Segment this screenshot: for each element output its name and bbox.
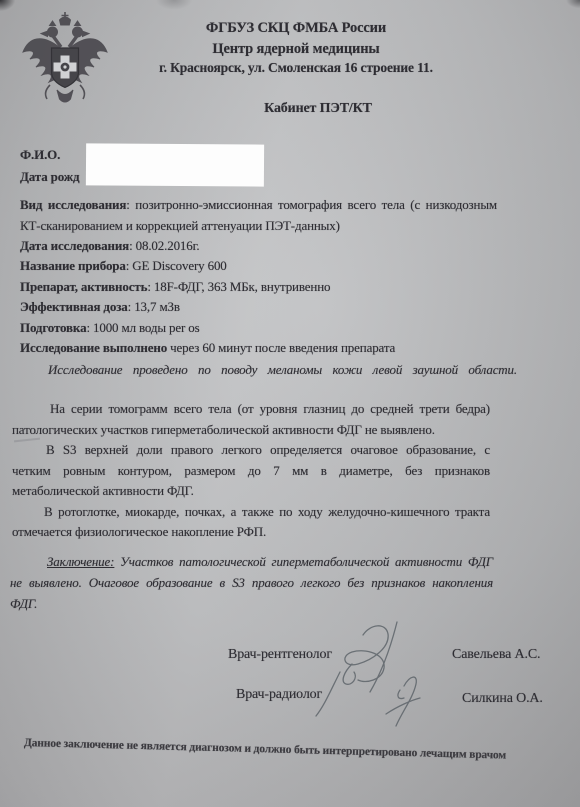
findings-line-2: патологических участков гиперметаболичес… [12, 422, 435, 438]
department-title: Кабинет ПЭТ/КТ [160, 101, 476, 117]
findings-line-4: четким ровным контуром, размером до 7 мм… [12, 463, 490, 479]
findings-line-3: В S3 верхней доли правого легкого опреде… [12, 442, 490, 458]
study-type-label: Вид исследования [20, 197, 126, 212]
done-value: через 60 минут после введения препарата [167, 340, 395, 355]
drug-value: : 18F-ФДГ, 363 МБк, внутривенно [147, 279, 330, 294]
findings-line-5: метаболической активности ФДГ. [12, 483, 194, 499]
study-reason: Исследование проведено по поводу меланом… [48, 362, 517, 378]
handwritten-signature-scribble [300, 620, 470, 740]
drug-line: Препарат, активность: 18F-ФДГ, 363 МБк, … [20, 279, 330, 295]
conclusion-line-2: не выявлено. Очаговое образование в S3 п… [10, 575, 493, 591]
patient-name-label: Ф.И.О. [20, 147, 60, 163]
patient-dob-label: Дата рожд [20, 169, 79, 185]
radiology-physician-name: Силкина О.А. [462, 691, 543, 707]
findings-line-1: На серии томограмм всего тела (от уровня… [12, 401, 490, 417]
dose-value: : 13,7 мЗв [128, 299, 180, 314]
study-date-line: Дата исследования: 08.02.2016г. [20, 238, 199, 254]
prep-value: : 1000 мл воды per os [86, 320, 199, 335]
findings-line-6: В ротоглотке, миокарде, почках, а также … [12, 504, 490, 520]
done-line: Исследование выполнено через 60 минут по… [20, 340, 395, 356]
study-date-value: : 08.02.2016г. [129, 238, 199, 253]
findings-line-7: отмечается физиологическое накопление РФ… [12, 524, 266, 540]
device-value: : GE Discovery 600 [126, 258, 227, 273]
device-line: Название прибора: GE Discovery 600 [20, 258, 227, 274]
disclaimer-text: Данное заключение не является диагнозом … [24, 737, 554, 763]
prep-label: Подготовка [20, 320, 86, 335]
drug-label: Препарат, активность [20, 279, 147, 294]
conclusion-label: Заключение: [47, 554, 114, 569]
prep-line: Подготовка: 1000 мл воды per os [20, 320, 200, 336]
study-date-label: Дата исследования [20, 238, 129, 253]
redaction-box [86, 143, 264, 186]
device-label: Название прибора [20, 258, 126, 273]
org-address: г. Красноярск, ул. Смоленская 16 строени… [10, 60, 580, 76]
conclusion-line-1: Заключение: Участков патологической гипе… [10, 554, 493, 570]
conclusion-text-1: Участков патологической гиперметаболичес… [114, 554, 493, 569]
conclusion-line-3: ФДГ. [10, 596, 37, 612]
org-name: ФГБУЗ СКЦ ФМБА России [10, 20, 580, 37]
study-type-line: Вид исследования: позитронно-эмиссионная… [20, 197, 497, 213]
document-photo: ФГБУЗ СКЦ ФМБА России Центр ядерной меди… [0, 0, 580, 807]
org-center: Центр ядерной медицины [10, 41, 580, 58]
study-type-cont: КТ-сканированием и коррекцией аттенуации… [20, 218, 340, 234]
study-type-value: : позитронно-эмиссионная томография всег… [126, 197, 497, 212]
dose-line: Эффективная доза: 13,7 мЗв [20, 299, 180, 315]
dose-label: Эффективная доза [20, 299, 128, 314]
done-label: Исследование выполнено [20, 340, 167, 355]
